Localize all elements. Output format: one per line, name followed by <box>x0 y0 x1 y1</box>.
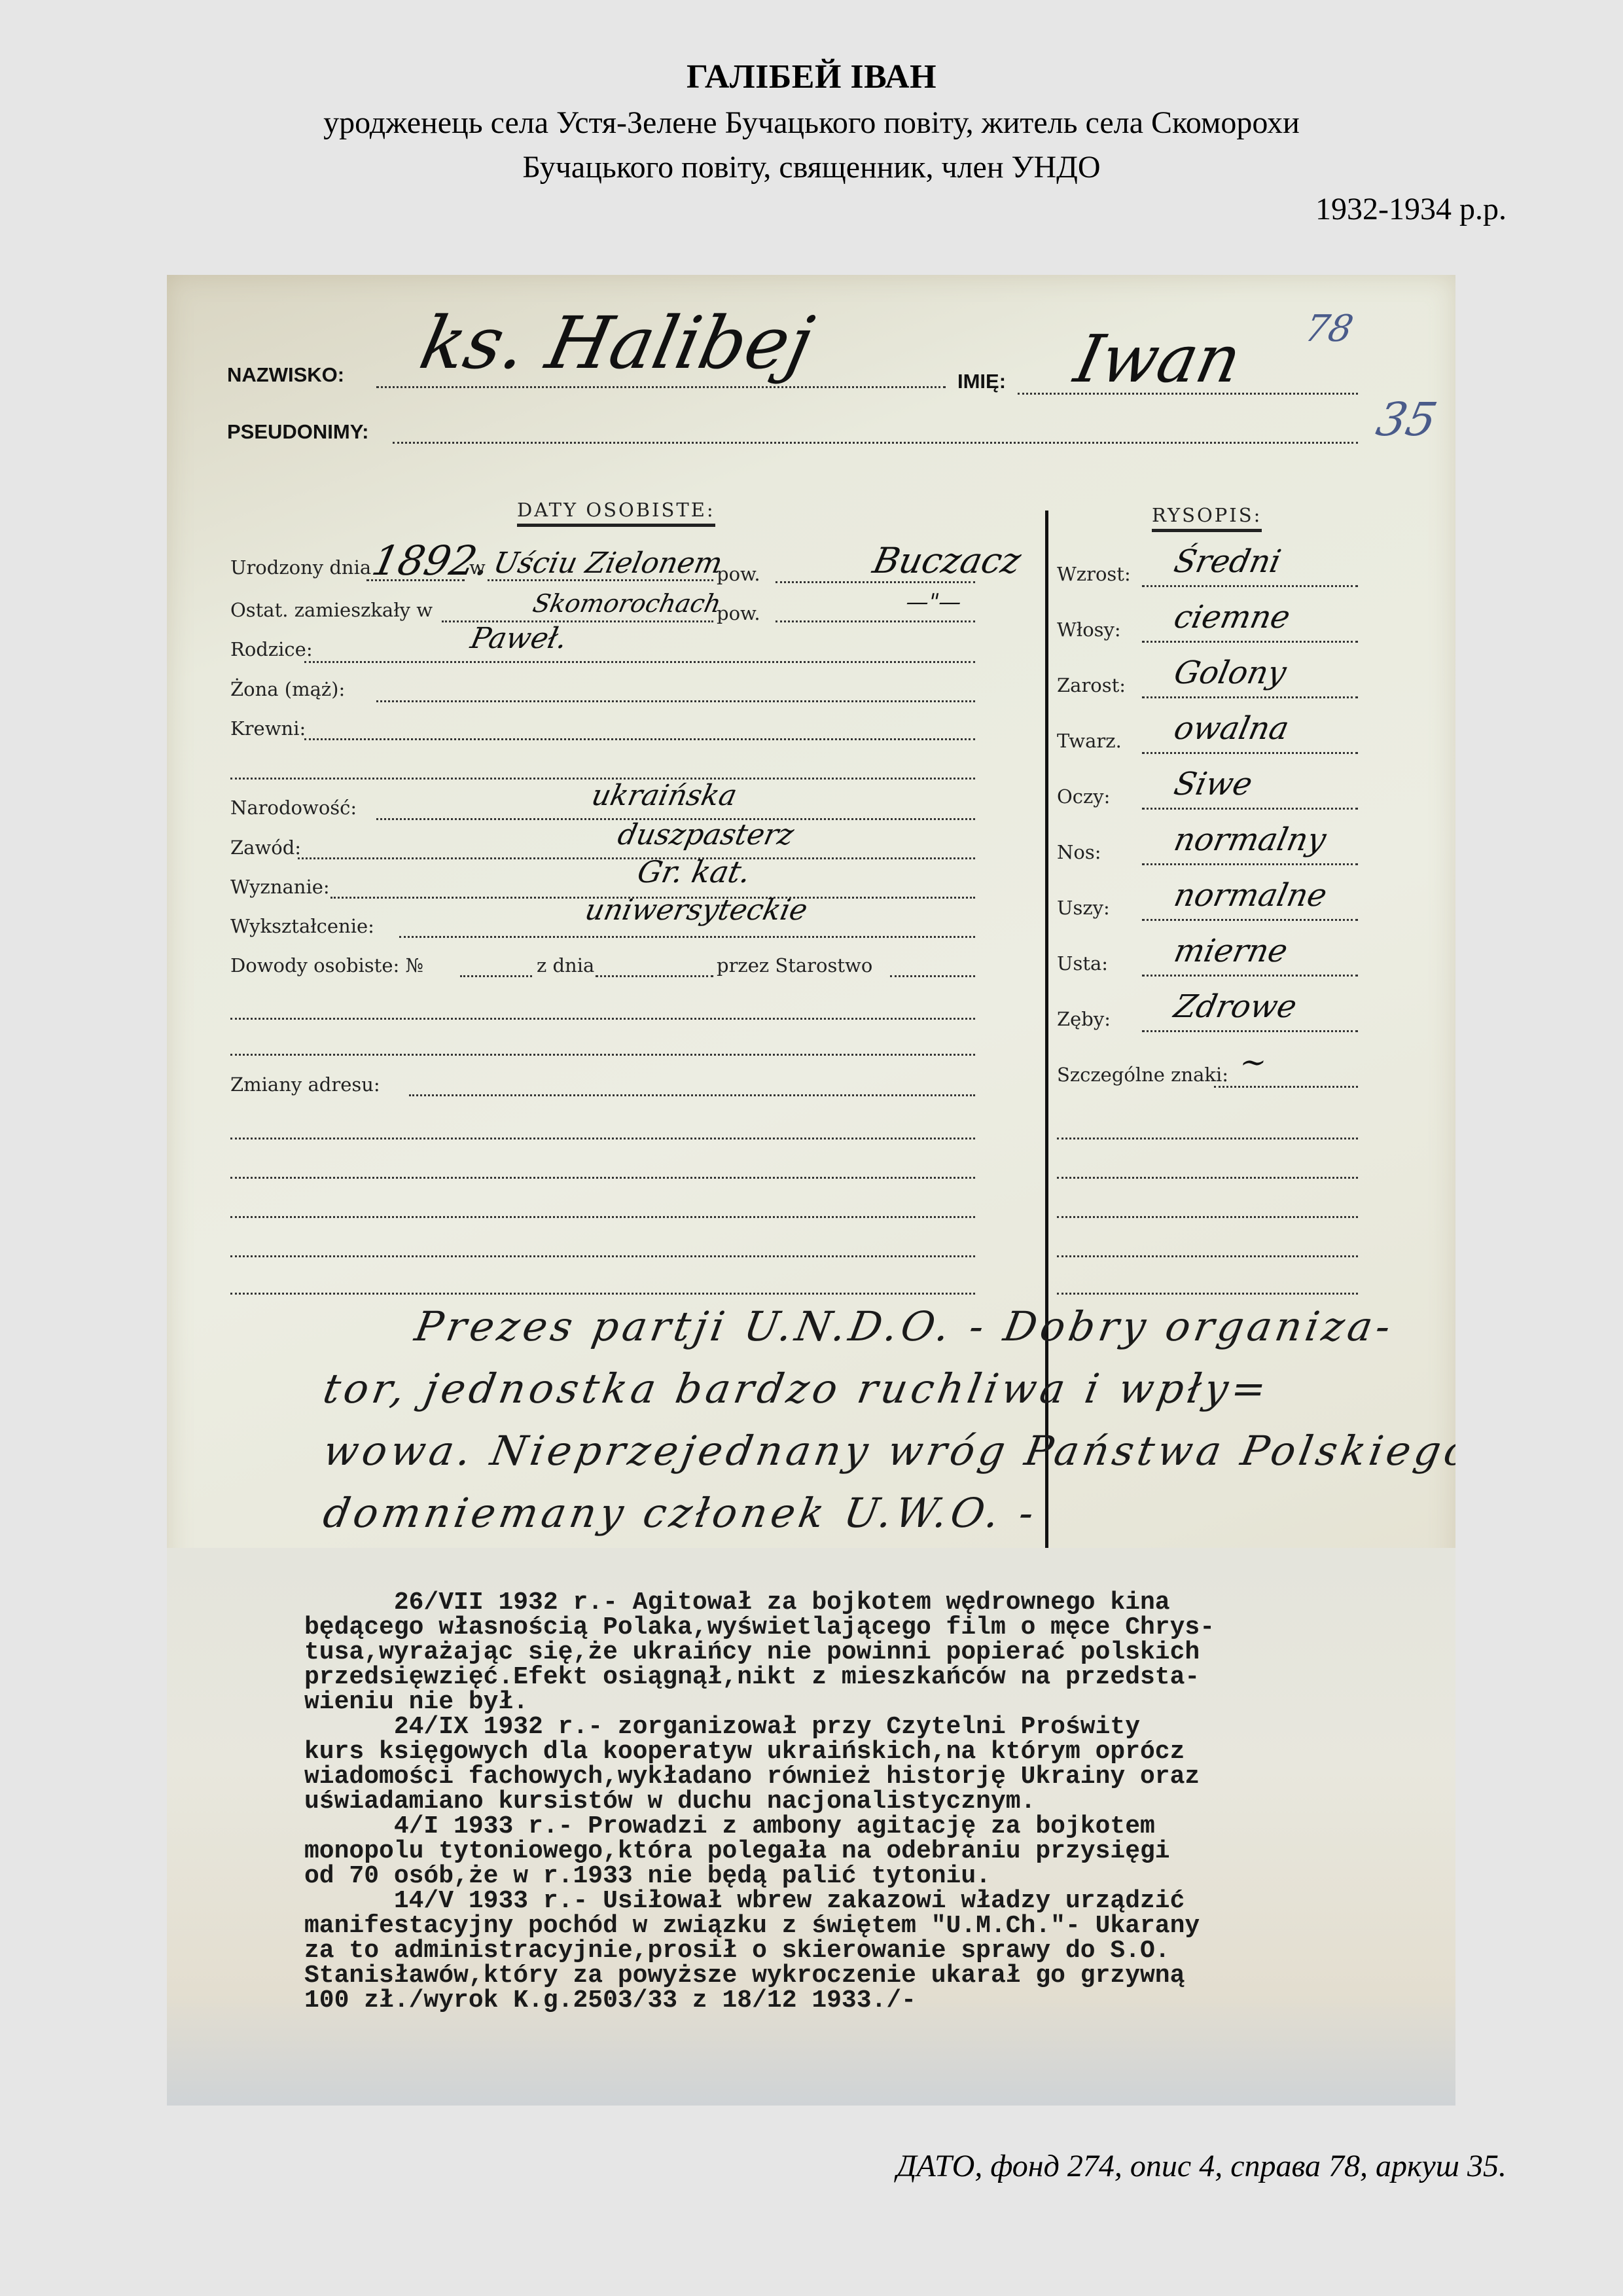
urodzony-label: Urodzony dnia <box>230 556 371 579</box>
rysopis-label: Zarost: <box>1057 674 1126 696</box>
rysopis-value: ciemne <box>1171 599 1293 636</box>
typed-record-line: będącego własnością Polaka,wyświetlające… <box>304 1615 1351 1640</box>
rysopis-line <box>1142 752 1358 754</box>
zmiany-line-6 <box>230 1293 975 1295</box>
pow-line <box>776 581 975 583</box>
dowody-number-line <box>460 975 532 977</box>
rysopis-blank-5 <box>1057 1293 1358 1295</box>
wyksztalcenie-line <box>399 936 975 938</box>
typed-record-line: 100 zł./wyrok K.g.2503/33 z 18/12 1933./… <box>304 1988 1351 2013</box>
rysopis-value: mierne <box>1171 933 1291 969</box>
nazwisko-value: ks. Halibej <box>413 301 820 385</box>
pow-value: Buczacz <box>869 540 1024 581</box>
w-label: w <box>469 556 486 579</box>
rodzice-value: Paweł. <box>468 622 571 655</box>
rysopis-label: Usta: <box>1057 952 1108 975</box>
rysopis-label: Twarz. <box>1057 730 1122 752</box>
page-title: ГАЛІБЕЙ ІВАН <box>0 58 1623 96</box>
typed-record-line: od 70 osób,że w r.1933 nie będą palić ty… <box>304 1864 1351 1889</box>
archive-mark-bottom: 35 <box>1372 393 1442 446</box>
rysopis-label: Uszy: <box>1057 897 1110 919</box>
rysopis-label: Wzrost: <box>1057 563 1131 585</box>
rysopis-blank-4 <box>1057 1255 1358 1257</box>
typed-record: 26/VII 1932 r.- Agitował za bojkotem węd… <box>304 1590 1351 2013</box>
pseudonimy-label: PSEUDONIMY: <box>227 420 368 444</box>
archival-card-scan: NAZWISKO: ks. Halibej IMIĘ: Iwan 78 PSEU… <box>167 275 1455 2106</box>
typed-record-line: 24/IX 1932 r.- zorganizował przy Czyteln… <box>304 1715 1351 1740</box>
zawod-line <box>298 857 975 859</box>
pseudonimy-line <box>393 442 1358 444</box>
rysopis-label: Zęby: <box>1057 1008 1111 1030</box>
typed-record-line: 4/I 1933 r.- Prowadzi z ambony agitację … <box>304 1814 1351 1839</box>
rysopis-line <box>1142 696 1358 698</box>
wyznanie-value: Gr. kat. <box>634 854 754 889</box>
zmiany-line-5 <box>230 1255 975 1257</box>
handwritten-note-line: tor, jednostka bardzo ruchliwa i wpły= <box>320 1365 1274 1412</box>
nazwisko-label: NAZWISKO: <box>227 363 344 387</box>
dowody-label: Dowody osobiste: № <box>230 954 423 977</box>
krewni-line <box>304 738 975 740</box>
zmiany-line-4 <box>230 1216 975 1218</box>
typed-record-line: kurs księgowych dla kooperatyw ukraiński… <box>304 1740 1351 1765</box>
daty-osobiste-heading: DATY OSOBISTE: <box>517 499 715 527</box>
imie-label: IMIĘ: <box>957 370 1006 393</box>
rysopis-value: Golony <box>1171 655 1289 691</box>
typed-record-line: monopolu tytoniowego,która polegała na o… <box>304 1839 1351 1864</box>
typed-record-line: 14/V 1933 r.- Usiłował wbrew zakazowi wł… <box>304 1889 1351 1914</box>
imie-value: Iwan <box>1069 321 1248 397</box>
zawod-value: duszpasterz <box>615 818 797 852</box>
zamieszkaly-value: Skomorochach <box>530 589 723 618</box>
handwritten-note-line: domniemany członek U.W.O. - <box>320 1489 1042 1537</box>
typed-record-line: przedsięwzięć.Efekt osiągnął,nikt z mies… <box>304 1665 1351 1690</box>
zamieszkaly-label: Ostat. zamieszkały w <box>230 599 433 621</box>
wyksztalcenie-value: uniwersyteckie <box>582 893 811 927</box>
rysopis-line <box>1142 585 1358 587</box>
rodzice-label: Rodzice: <box>230 638 313 660</box>
subtitle-line-1: уродженець села Устя-Зелене Бучацького п… <box>0 105 1623 141</box>
rysopis-value: normalny <box>1171 821 1329 858</box>
rysopis-label: Nos: <box>1057 841 1101 863</box>
rysopis-blank-3 <box>1057 1216 1358 1218</box>
rysopis-blank-1 <box>1057 1138 1358 1139</box>
rysopis-label: Włosy: <box>1057 619 1121 641</box>
typed-record-line: 26/VII 1932 r.- Agitował za bojkotem węd… <box>304 1590 1351 1615</box>
typed-record-line: tusa,wyrażając się,że ukraińcy nie powin… <box>304 1640 1351 1665</box>
rysopis-line <box>1142 808 1358 810</box>
zmiany-adresu-label: Zmiany adresu: <box>230 1073 380 1096</box>
rysopis-label: Szczególne znaki: <box>1057 1064 1228 1086</box>
rysopis-value: owalna <box>1171 710 1292 747</box>
typed-record-line: wiadomości fachowych,wykładano również h… <box>304 1765 1351 1789</box>
zawod-label: Zawód: <box>230 836 301 859</box>
typed-record-line: uświadamiano kursistów w duchu nacjonali… <box>304 1789 1351 1814</box>
archive-source-citation: ДАТО, фонд 274, опис 4, справа 78, аркуш… <box>897 2148 1507 2184</box>
rysopis-value: Zdrowe <box>1171 988 1300 1025</box>
zmiany-line-2 <box>230 1138 975 1139</box>
narodowosc-value: ukraińska <box>589 779 740 812</box>
z-dnia-line <box>596 975 713 977</box>
rysopis-line <box>1142 1030 1358 1032</box>
przez-label: przez Starostwo <box>717 954 872 977</box>
rysopis-line <box>1214 1086 1358 1088</box>
blank-line-1 <box>230 1018 975 1020</box>
przez-line <box>890 975 975 977</box>
rodzice-line <box>304 661 975 663</box>
rysopis-value: ~ <box>1236 1044 1270 1081</box>
rysopis-line <box>1142 863 1358 865</box>
pow-label: pow. <box>717 563 760 585</box>
typed-record-line: manifestacyjny pochód w związku z święte… <box>304 1914 1351 1939</box>
blank-line-2 <box>230 1054 975 1056</box>
krewni-label: Krewni: <box>230 717 306 740</box>
zmiany-line-3 <box>230 1177 975 1179</box>
rysopis-label: Oczy: <box>1057 785 1110 808</box>
rysopis-heading: RYSOPIS: <box>1152 504 1262 532</box>
archive-mark-top: 78 <box>1301 308 1357 350</box>
rysopis-line <box>1142 641 1358 643</box>
subtitle-line-2: Бучацького повіту, священник, член УНДО <box>0 149 1623 185</box>
typed-record-line: wieniu nie był. <box>304 1690 1351 1715</box>
w-value: Uściu Zielonem <box>491 547 726 580</box>
rysopis-line <box>1142 919 1358 921</box>
typed-record-line: Stanisławów,który za powyższe wykroczeni… <box>304 1964 1351 1988</box>
rysopis-blank-2 <box>1057 1177 1358 1179</box>
pow2-label: pow. <box>717 602 760 624</box>
pow2-line <box>776 620 975 622</box>
z-dnia-label: z dnia <box>537 954 594 977</box>
narodowosc-label: Narodowość: <box>230 797 357 819</box>
rysopis-value: normalne <box>1171 877 1330 914</box>
zmiany-line-1 <box>409 1094 975 1096</box>
nazwisko-line <box>376 386 946 388</box>
typed-record-line: za to administracyjnie,prosił o skierowa… <box>304 1939 1351 1964</box>
handwritten-note-line: Prezes partji U.N.D.O. - Dobry organiza- <box>412 1302 1399 1350</box>
rysopis-line <box>1142 975 1358 977</box>
rysopis-value: Średni <box>1171 543 1284 580</box>
zona-label: Żona (mąż): <box>230 678 345 700</box>
wyksztalcenie-label: Wykształcenie: <box>230 915 374 937</box>
handwritten-note-line: wowa. Nieprzejednany wróg Państwa Polski… <box>320 1427 1455 1475</box>
date-range: 1932-1934 р.р. <box>1315 191 1507 227</box>
wyznanie-label: Wyznanie: <box>230 876 330 898</box>
rysopis-value: Siwe <box>1171 766 1256 802</box>
pow2-value: —"— <box>904 589 964 615</box>
zona-line <box>376 700 975 702</box>
